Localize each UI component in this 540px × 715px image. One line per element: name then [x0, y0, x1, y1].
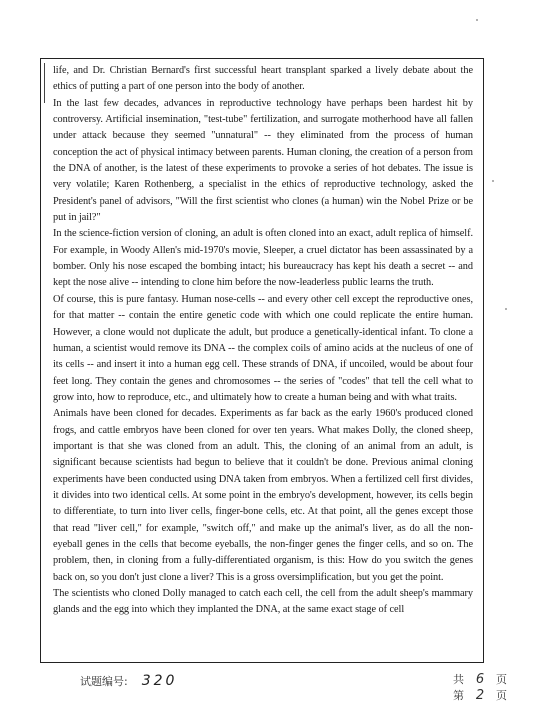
exam-code-value: 320	[142, 673, 178, 689]
paragraph-6: The scientists who cloned Dolly managed …	[53, 586, 473, 619]
paragraph-1: life, and Dr. Christian Bernard's first …	[53, 63, 473, 96]
current-page-prefix: 第	[453, 688, 464, 704]
current-page-suffix: 页	[496, 688, 507, 704]
exam-code-label: 试题编号:	[80, 673, 128, 689]
exam-code: 试题编号: 320	[80, 673, 177, 689]
total-pages-suffix: 页	[496, 672, 507, 688]
current-page: 第 2 页	[453, 688, 507, 704]
scan-artifact	[492, 180, 494, 182]
scan-artifact	[505, 308, 507, 310]
current-page-value: 2	[474, 688, 486, 704]
scan-artifact	[476, 19, 478, 21]
paragraph-3: In the science-fiction version of clonin…	[53, 226, 473, 291]
total-pages-prefix: 共	[453, 672, 464, 688]
paragraph-5: Animals have been cloned for decades. Ex…	[53, 406, 473, 586]
page-counter: 共 6 页 第 2 页	[453, 672, 507, 704]
total-pages-value: 6	[474, 672, 486, 688]
exam-text-box: life, and Dr. Christian Bernard's first …	[40, 58, 484, 663]
paragraph-2: In the last few decades, advances in rep…	[53, 96, 473, 227]
paragraph-4: Of course, this is pure fantasy. Human n…	[53, 292, 473, 406]
total-pages: 共 6 页	[453, 672, 507, 688]
